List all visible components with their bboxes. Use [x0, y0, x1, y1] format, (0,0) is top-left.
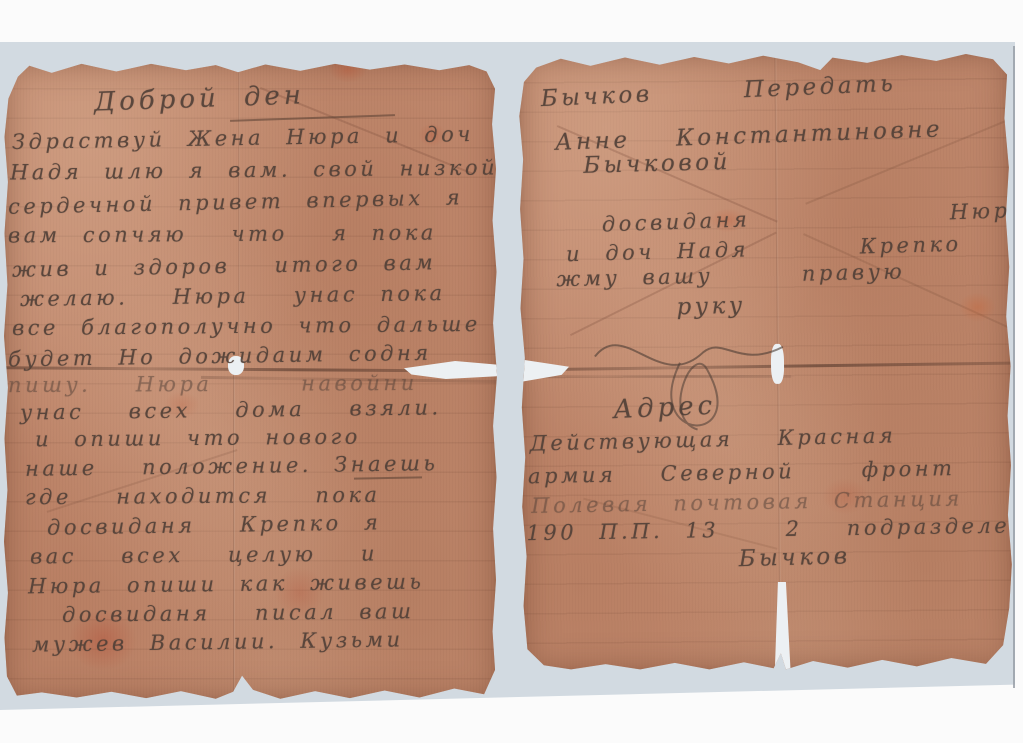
address-heading: Адрес: [613, 391, 717, 425]
letter-line: досвиданя Крепко я: [47, 510, 382, 539]
address-line: 190 П.П. 13 2 подразделение 5: [526, 512, 1023, 545]
address-line: армия Северной фронт: [528, 456, 956, 488]
recipient-line: Анне Константиновне: [555, 116, 944, 156]
rust-stain: [956, 290, 998, 324]
letter-line: будет Но дожидаим содня: [8, 341, 432, 372]
letter-line: все благополучно что дальше: [12, 312, 481, 340]
letter-line: вас всех целую и: [30, 541, 378, 568]
scan-edge-line: [1013, 46, 1015, 688]
scanned-letter-photo: Доброй ден Здраствуй Жена Нюра и доч Над…: [0, 0, 1023, 743]
letter-line: где находится пока: [25, 483, 381, 509]
letter-line: унас всех дома взяли.: [20, 395, 442, 424]
address-line: Полевая почтовая Станция: [531, 486, 963, 518]
recipient-line: Бычков Передать: [540, 71, 897, 112]
heading-underline: [230, 114, 395, 121]
letter-line: вам сопчяю что я пока: [8, 221, 437, 248]
letter-line: Надя шлю я вам. свой низкой: [10, 155, 498, 184]
letter-line: Здраствуй Жена Нюра и доч: [12, 122, 474, 154]
letter-line: досвиданя писал ваш: [62, 599, 415, 627]
letter-line: жив и здоров итого вам: [12, 250, 437, 281]
letter-heading: Доброй ден: [94, 80, 306, 117]
letter-line: сердечной привет впервых я: [8, 185, 464, 219]
letter-line: пишу. Нюра навойни: [8, 371, 418, 397]
letter-page-right: Бычков Передать Анне Константиновне Бычк…: [516, 50, 1015, 674]
letter-page-left: Доброй ден Здраствуй Жена Нюра и доч Над…: [2, 60, 499, 702]
letter-line: желаю. Нюра унас пока: [20, 281, 446, 311]
word-underline: [354, 476, 422, 479]
recipient-line: Бычковой: [583, 149, 731, 179]
letter-line: и опиши что нового: [35, 425, 361, 452]
letter-line: мужев Василии. Кузьми: [32, 627, 404, 656]
letter-line: Нюра опиши как живешь: [28, 570, 425, 599]
address-line: Бычков: [738, 543, 851, 572]
farewell-line: досвиданя Нюра и: [601, 196, 1023, 236]
